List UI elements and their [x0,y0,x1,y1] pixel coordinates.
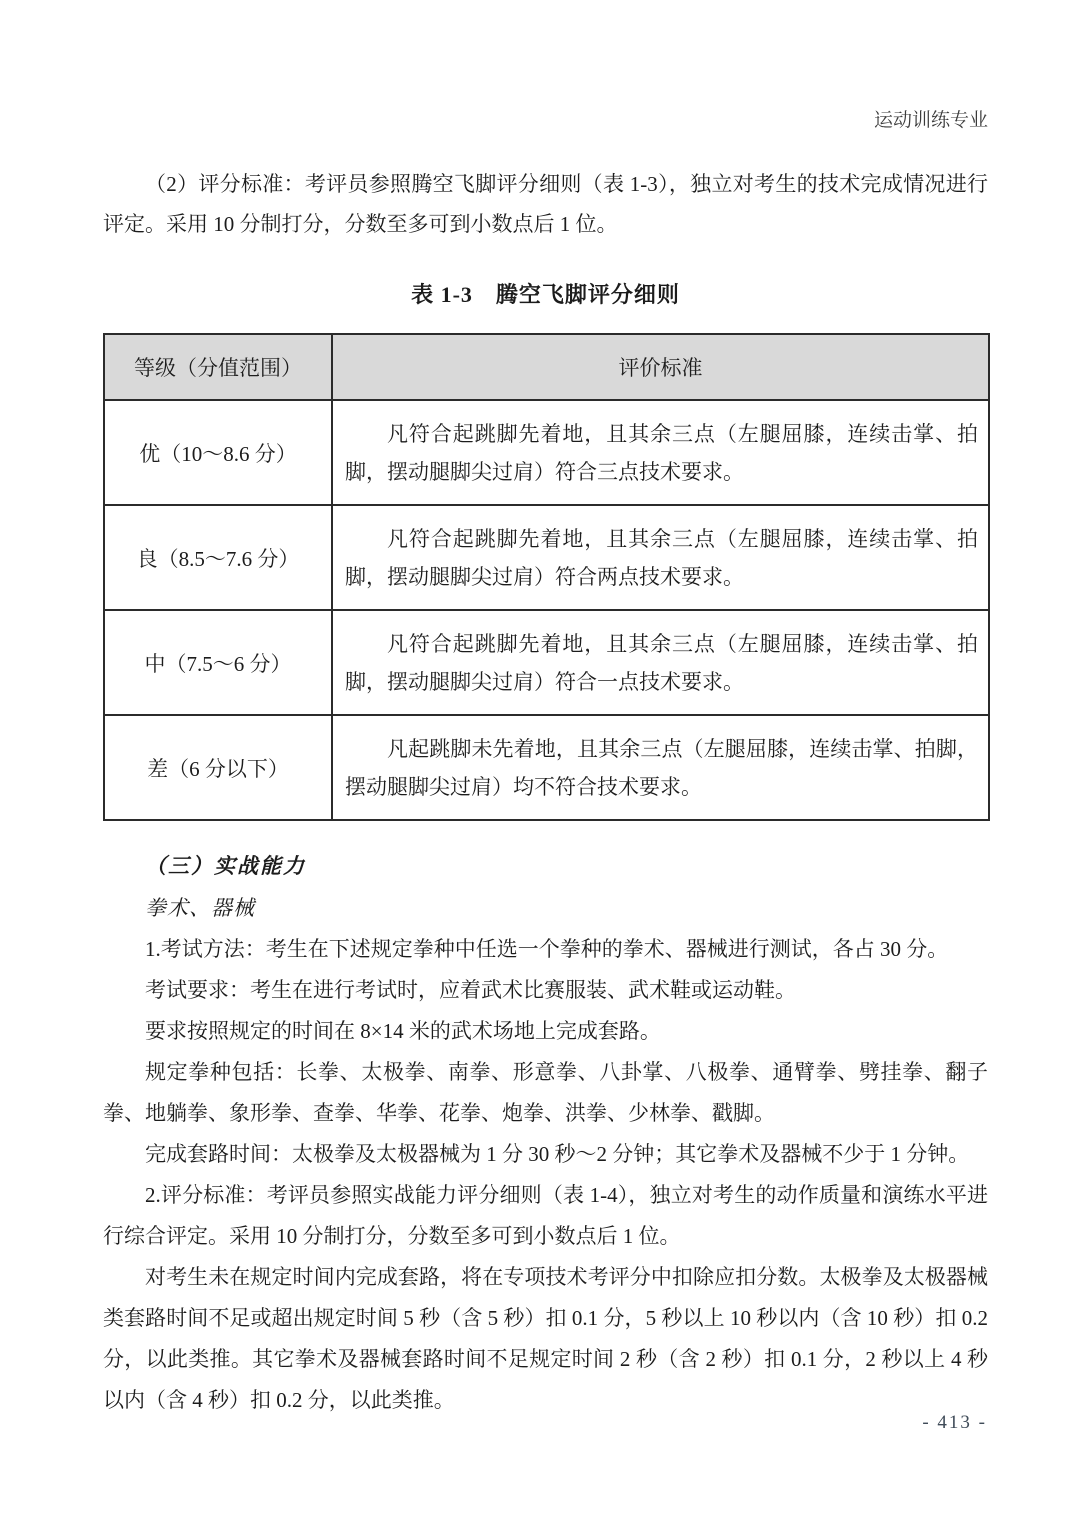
running-header: 运动训练专业 [103,108,988,134]
intro-paragraph: （2）评分标准：考评员参照腾空飞脚评分细则（表 1-3），独立对考生的技术完成情… [103,164,988,244]
criteria-text: 凡符合起跳脚先着地，且其余三点（左腿屈膝，连续击掌、拍脚，摆动腿脚尖过肩）符合三… [345,415,978,491]
table-row: 优（10〜8.6 分） 凡符合起跳脚先着地，且其余三点（左腿屈膝，连续击掌、拍脚… [104,400,989,505]
scoring-rubric-table: 等级（分值范围） 评价标准 优（10〜8.6 分） 凡符合起跳脚先着地，且其余三… [103,333,990,821]
grade-cell: 差（6 分以下） [104,715,332,820]
criteria-cell: 凡起跳脚未先着地，且其余三点（左腿屈膝，连续击掌、拍脚，摆动腿脚尖过肩）均不符合… [332,715,989,820]
criteria-text: 凡符合起跳脚先着地，且其余三点（左腿屈膝，连续击掌、拍脚，摆动腿脚尖过肩）符合两… [345,520,978,596]
criteria-cell: 凡符合起跳脚先着地，且其余三点（左腿屈膝，连续击掌、拍脚，摆动腿脚尖过肩）符合两… [332,505,989,610]
criteria-cell: 凡符合起跳脚先着地，且其余三点（左腿屈膝，连续击掌、拍脚，摆动腿脚尖过肩）符合一… [332,610,989,715]
table-header-row: 等级（分值范围） 评价标准 [104,334,989,400]
column-header-grade: 等级（分值范围） [104,334,332,400]
table-row: 良（8.5〜7.6 分） 凡符合起跳脚先着地，且其余三点（左腿屈膝，连续击掌、拍… [104,505,989,610]
body-paragraph: 2.评分标准：考评员参照实战能力评分细则（表 1-4），独立对考生的动作质量和演… [103,1175,988,1257]
criteria-cell: 凡符合起跳脚先着地，且其余三点（左腿屈膝，连续击掌、拍脚，摆动腿脚尖过肩）符合三… [332,400,989,505]
page-content: 运动训练专业 （2）评分标准：考评员参照腾空飞脚评分细则（表 1-3），独立对考… [103,0,988,1421]
grade-cell: 优（10〜8.6 分） [104,400,332,505]
document-page: 运动训练专业 （2）评分标准：考评员参照腾空飞脚评分细则（表 1-3），独立对考… [0,0,1087,1536]
section-subheading: 拳术、器械 [103,887,988,929]
grade-cell: 中（7.5〜6 分） [104,610,332,715]
table-row: 差（6 分以下） 凡起跳脚未先着地，且其余三点（左腿屈膝，连续击掌、拍脚，摆动腿… [104,715,989,820]
column-header-criteria: 评价标准 [332,334,989,400]
body-paragraph: 规定拳种包括：长拳、太极拳、南拳、形意拳、八卦掌、八极拳、通臂拳、劈挂拳、翻子拳… [103,1052,988,1134]
body-paragraph: 完成套路时间：太极拳及太极器械为 1 分 30 秒〜2 分钟；其它拳术及器械不少… [103,1134,988,1175]
grade-cell: 良（8.5〜7.6 分） [104,505,332,610]
criteria-text: 凡符合起跳脚先着地，且其余三点（左腿屈膝，连续击掌、拍脚，摆动腿脚尖过肩）符合一… [345,625,978,701]
criteria-text: 凡起跳脚未先着地，且其余三点（左腿屈膝，连续击掌、拍脚，摆动腿脚尖过肩）均不符合… [345,730,978,806]
body-paragraph: 对考生未在规定时间内完成套路，将在专项技术考评分中扣除应扣分数。太极拳及太极器械… [103,1257,988,1421]
body-paragraph: 要求按照规定的时间在 8×14 米的武术场地上完成套路。 [103,1011,988,1052]
section-heading: （三）实战能力 [103,845,988,887]
table-caption: 表 1-3 腾空飞脚评分细则 [103,280,988,310]
body-paragraph: 1.考试方法：考生在下述规定拳种中任选一个拳种的拳术、器械进行测试，各占 30 … [103,929,988,970]
body-paragraph: 考试要求：考生在进行考试时，应着武术比赛服装、武术鞋或运动鞋。 [103,970,988,1011]
table-row: 中（7.5〜6 分） 凡符合起跳脚先着地，且其余三点（左腿屈膝，连续击掌、拍脚，… [104,610,989,715]
page-number: - 413 - [922,1412,987,1434]
